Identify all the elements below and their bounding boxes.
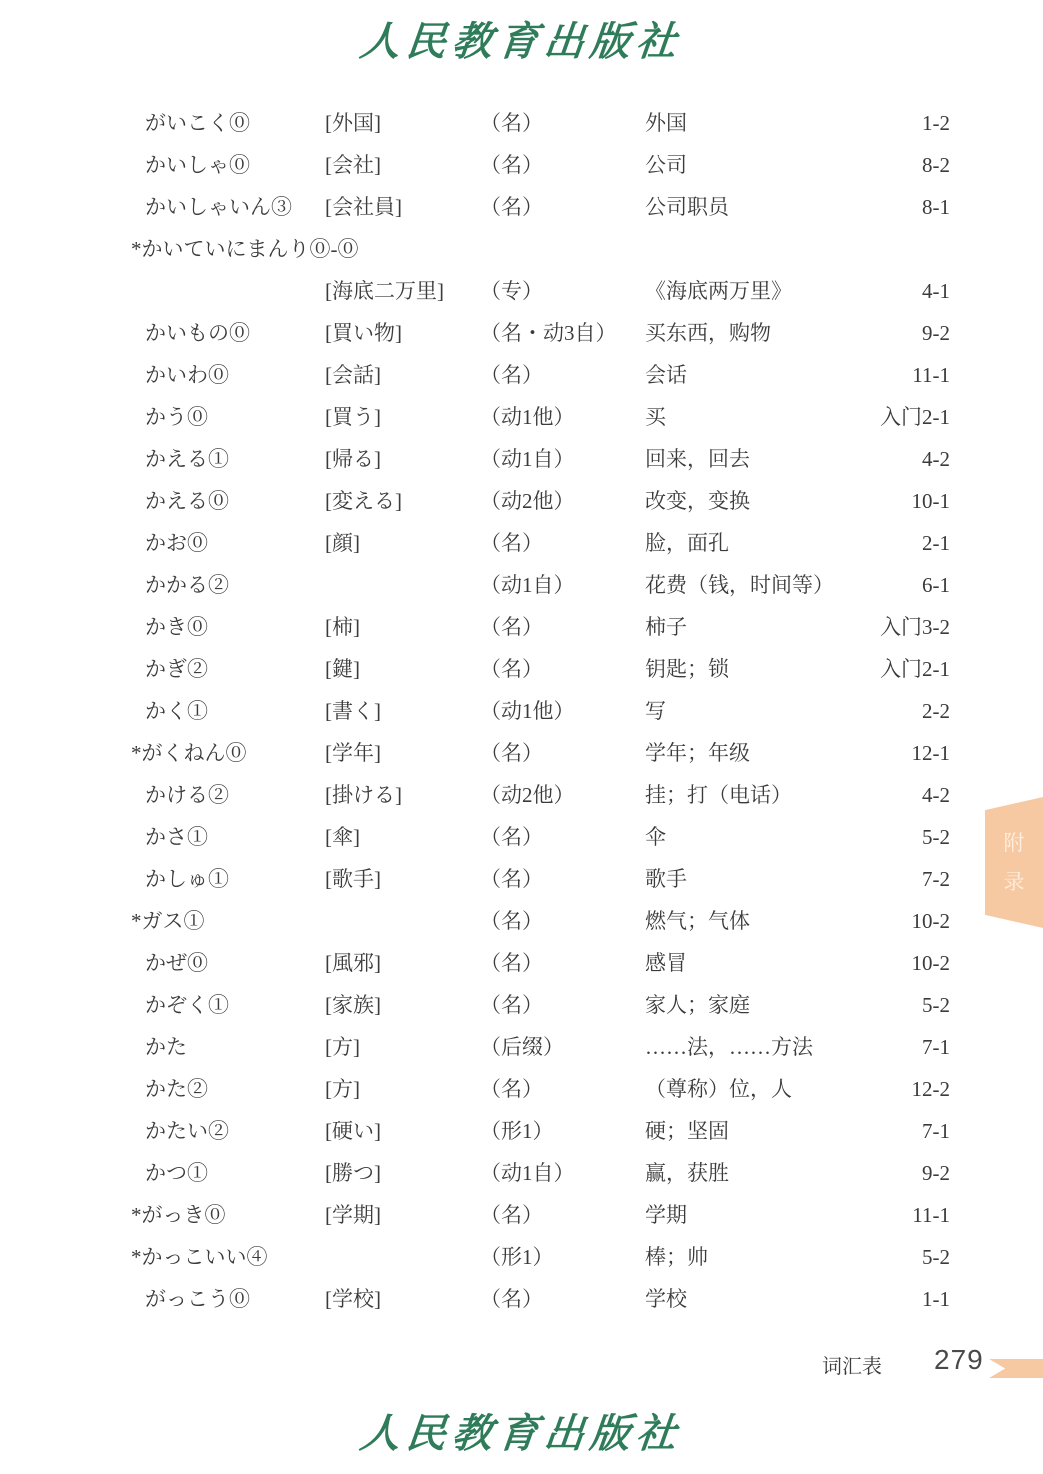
lesson-cell: 5-2 — [840, 1236, 950, 1278]
kana-cell: *ガス① — [130, 900, 325, 942]
appendix-tab-char-2: 录 — [1004, 872, 1025, 893]
kanji-cell: [外国] — [325, 102, 480, 144]
table-row: かたい② [硬い] （形1） 硬；坚固 7-1 — [130, 1110, 950, 1152]
kana-cell: かいわ⓪ — [130, 354, 325, 396]
page-number: 279 — [934, 1344, 984, 1376]
meaning-cell: 伞 — [645, 816, 840, 858]
kana-cell: がいこく⓪ — [130, 102, 325, 144]
kanji-cell: [柿] — [325, 606, 480, 648]
pos-cell: （名） — [480, 900, 645, 942]
meaning-cell: 改变，变换 — [645, 480, 840, 522]
appendix-side-tab: 附 录 — [985, 797, 1043, 928]
pos-cell: （动1自） — [480, 564, 645, 606]
lesson-cell: 10-1 — [840, 480, 950, 522]
table-row: かえる① [帰る] （动1自） 回来，回去 4-2 — [130, 438, 950, 480]
pos-cell: （名） — [480, 984, 645, 1026]
table-row: *ガス① （名） 燃气；气体 10-2 — [130, 900, 950, 942]
meaning-cell — [645, 228, 840, 270]
kanji-cell: [学期] — [325, 1194, 480, 1236]
pos-cell: （名） — [480, 1194, 645, 1236]
table-row: かさ① [傘] （名） 伞 5-2 — [130, 816, 950, 858]
kana-cell: *かいていにまんり⓪-⓪ — [130, 228, 325, 270]
pos-cell: （名） — [480, 186, 645, 228]
lesson-cell: 5-2 — [840, 984, 950, 1026]
lesson-cell: 2-1 — [840, 522, 950, 564]
table-row: かかる② （动1自） 花费（钱，时间等） 6-1 — [130, 564, 950, 606]
lesson-cell: 7-1 — [840, 1110, 950, 1152]
lesson-cell: 11-1 — [840, 354, 950, 396]
pos-cell: （名） — [480, 816, 645, 858]
meaning-cell: 公司职员 — [645, 186, 840, 228]
kanji-cell: [顔] — [325, 522, 480, 564]
kana-cell: かつ① — [130, 1152, 325, 1194]
meaning-cell: 外国 — [645, 102, 840, 144]
kana-cell: かいしゃ⓪ — [130, 144, 325, 186]
table-row: かつ① [勝つ] （动1自） 赢，获胜 9-2 — [130, 1152, 950, 1194]
kanji-cell: [歌手] — [325, 858, 480, 900]
kanji-cell — [325, 900, 480, 942]
kana-cell: かしゅ① — [130, 858, 325, 900]
lesson-cell: 9-2 — [840, 312, 950, 354]
lesson-cell: 入门2-1 — [840, 396, 950, 438]
pos-cell: （形1） — [480, 1110, 645, 1152]
kanji-cell: [変える] — [325, 480, 480, 522]
kana-cell: *かっこいい④ — [130, 1236, 325, 1278]
pos-cell: （动1他） — [480, 690, 645, 732]
kana-cell: かける② — [130, 774, 325, 816]
kana-cell: かたい② — [130, 1110, 325, 1152]
table-row: かぜ⓪ [風邪] （名） 感冒 10-2 — [130, 942, 950, 984]
meaning-cell: 花费（钱，时间等） — [645, 564, 840, 606]
kanji-cell: [傘] — [325, 816, 480, 858]
pos-cell: （名） — [480, 858, 645, 900]
kana-cell: かぜ⓪ — [130, 942, 325, 984]
pos-cell: （名） — [480, 522, 645, 564]
footer-section-label: 词汇表 — [822, 1350, 882, 1379]
lesson-cell: 4-2 — [840, 774, 950, 816]
kana-cell: かかる② — [130, 564, 325, 606]
meaning-cell: 家人；家庭 — [645, 984, 840, 1026]
lesson-cell: 8-1 — [840, 186, 950, 228]
lesson-cell: 入门2-1 — [840, 648, 950, 690]
kanji-cell: [方] — [325, 1026, 480, 1068]
kanji-cell: [方] — [325, 1068, 480, 1110]
lesson-cell: 4-2 — [840, 438, 950, 480]
meaning-cell: 《海底两万里》 — [645, 270, 840, 312]
table-row: *かっこいい④ （形1） 棒；帅 5-2 — [130, 1236, 950, 1278]
table-row: かいもの⓪ [買い物] （名・动3自） 买东西，购物 9-2 — [130, 312, 950, 354]
kana-cell: かた — [130, 1026, 325, 1068]
meaning-cell: 脸，面孔 — [645, 522, 840, 564]
meaning-cell: 买 — [645, 396, 840, 438]
publisher-logo-bottom: 人民教育出版社 — [0, 1402, 1043, 1459]
kanji-cell: [硬い] — [325, 1110, 480, 1152]
kana-cell: *がくねん⓪ — [130, 732, 325, 774]
kana-cell: *がっき⓪ — [130, 1194, 325, 1236]
meaning-cell: 钥匙；锁 — [645, 648, 840, 690]
table-row: かいわ⓪ [会話] （名） 会话 11-1 — [130, 354, 950, 396]
pos-cell: （名） — [480, 1278, 645, 1320]
lesson-cell: 12-1 — [840, 732, 950, 774]
meaning-cell: 会话 — [645, 354, 840, 396]
kanji-cell: [学年] — [325, 732, 480, 774]
pos-cell: （名） — [480, 606, 645, 648]
kana-cell: かいしゃいん③ — [130, 186, 325, 228]
pos-cell: （名） — [480, 354, 645, 396]
kana-cell: かいもの⓪ — [130, 312, 325, 354]
lesson-cell: 10-2 — [840, 900, 950, 942]
appendix-tab-char-1: 附 — [1004, 833, 1025, 854]
meaning-cell: 学期 — [645, 1194, 840, 1236]
lesson-cell: 入门3-2 — [840, 606, 950, 648]
kana-cell: かお⓪ — [130, 522, 325, 564]
table-row: かいしゃ⓪ [会社] （名） 公司 8-2 — [130, 144, 950, 186]
table-row: [海底二万里] （专） 《海底两万里》 4-1 — [130, 270, 950, 312]
pos-cell — [480, 228, 645, 270]
pos-cell: （专） — [480, 270, 645, 312]
meaning-cell: 歌手 — [645, 858, 840, 900]
lesson-cell: 4-1 — [840, 270, 950, 312]
lesson-cell: 2-2 — [840, 690, 950, 732]
kanji-cell: [帰る] — [325, 438, 480, 480]
meaning-cell: 公司 — [645, 144, 840, 186]
kana-cell: かく① — [130, 690, 325, 732]
lesson-cell: 11-1 — [840, 1194, 950, 1236]
kanji-cell: [鍵] — [325, 648, 480, 690]
lesson-cell: 5-2 — [840, 816, 950, 858]
kanji-cell: [会社] — [325, 144, 480, 186]
kanji-cell: [風邪] — [325, 942, 480, 984]
kanji-cell: [書く] — [325, 690, 480, 732]
pos-cell: （动2他） — [480, 774, 645, 816]
kana-cell — [130, 270, 325, 312]
meaning-cell: 硬；坚固 — [645, 1110, 840, 1152]
kanji-cell: [掛ける] — [325, 774, 480, 816]
kana-cell: がっこう⓪ — [130, 1278, 325, 1320]
pos-cell: （形1） — [480, 1236, 645, 1278]
meaning-cell: 棒；帅 — [645, 1236, 840, 1278]
table-row: かいしゃいん③ [会社員] （名） 公司职员 8-1 — [130, 186, 950, 228]
meaning-cell: 赢，获胜 — [645, 1152, 840, 1194]
vocab-table: がいこく⓪ [外国] （名） 外国 1-2 かいしゃ⓪ [会社] （名） 公司 … — [130, 102, 950, 1320]
meaning-cell: 写 — [645, 690, 840, 732]
kanji-cell: [買う] — [325, 396, 480, 438]
meaning-cell: 买东西，购物 — [645, 312, 840, 354]
table-row: かた② [方] （名） （尊称）位，人 12-2 — [130, 1068, 950, 1110]
kana-cell: かえる⓪ — [130, 480, 325, 522]
table-row: *がっき⓪ [学期] （名） 学期 11-1 — [130, 1194, 950, 1236]
table-row: かしゅ① [歌手] （名） 歌手 7-2 — [130, 858, 950, 900]
pos-cell: （名） — [480, 1068, 645, 1110]
meaning-cell: 回来，回去 — [645, 438, 840, 480]
table-row: かう⓪ [買う] （动1他） 买 入门2-1 — [130, 396, 950, 438]
table-row: かく① [書く] （动1他） 写 2-2 — [130, 690, 950, 732]
meaning-cell: （尊称）位，人 — [645, 1068, 840, 1110]
lesson-cell: 7-2 — [840, 858, 950, 900]
pos-cell: （动1自） — [480, 1152, 645, 1194]
table-row: がいこく⓪ [外国] （名） 外国 1-2 — [130, 102, 950, 144]
kana-cell: かぎ② — [130, 648, 325, 690]
meaning-cell: 挂；打（电话） — [645, 774, 840, 816]
kana-cell: かき⓪ — [130, 606, 325, 648]
lesson-cell: 8-2 — [840, 144, 950, 186]
lesson-cell: 10-2 — [840, 942, 950, 984]
lesson-cell: 6-1 — [840, 564, 950, 606]
kanji-cell: [海底二万里] — [325, 270, 480, 312]
meaning-cell: 学年；年级 — [645, 732, 840, 774]
kanji-cell — [325, 228, 480, 270]
table-row: がっこう⓪ [学校] （名） 学校 1-1 — [130, 1278, 950, 1320]
table-row: かえる⓪ [変える] （动2他） 改变，变换 10-1 — [130, 480, 950, 522]
kanji-cell — [325, 564, 480, 606]
kanji-cell: [家族] — [325, 984, 480, 1026]
kana-cell: かぞく① — [130, 984, 325, 1026]
table-row: かける② [掛ける] （动2他） 挂；打（电话） 4-2 — [130, 774, 950, 816]
kanji-cell: [会話] — [325, 354, 480, 396]
lesson-cell: 12-2 — [840, 1068, 950, 1110]
lesson-cell: 7-1 — [840, 1026, 950, 1068]
lesson-cell: 1-1 — [840, 1278, 950, 1320]
kanji-cell — [325, 1236, 480, 1278]
meaning-cell: 燃气；气体 — [645, 900, 840, 942]
kanji-cell: [勝つ] — [325, 1152, 480, 1194]
table-row: かぞく① [家族] （名） 家人；家庭 5-2 — [130, 984, 950, 1026]
publisher-logo-top: 人民教育出版社 — [0, 10, 1043, 67]
pos-cell: （名・动3自） — [480, 312, 645, 354]
pos-cell: （名） — [480, 732, 645, 774]
meaning-cell: 学校 — [645, 1278, 840, 1320]
kana-cell: かえる① — [130, 438, 325, 480]
kana-cell: かう⓪ — [130, 396, 325, 438]
pos-cell: （名） — [480, 648, 645, 690]
kanji-cell: [買い物] — [325, 312, 480, 354]
pos-cell: （名） — [480, 102, 645, 144]
pos-cell: （后缀） — [480, 1026, 645, 1068]
meaning-cell: 感冒 — [645, 942, 840, 984]
lesson-cell: 9-2 — [840, 1152, 950, 1194]
table-row: *かいていにまんり⓪-⓪ — [130, 228, 950, 270]
table-row: かき⓪ [柿] （名） 柿子 入门3-2 — [130, 606, 950, 648]
kana-cell: かた② — [130, 1068, 325, 1110]
table-row: かた [方] （后缀） ……法，……方法 7-1 — [130, 1026, 950, 1068]
pos-cell: （动2他） — [480, 480, 645, 522]
footer-ribbon-arrow — [989, 1359, 1043, 1378]
table-row: *がくねん⓪ [学年] （名） 学年；年级 12-1 — [130, 732, 950, 774]
pos-cell: （名） — [480, 942, 645, 984]
kana-cell: かさ① — [130, 816, 325, 858]
meaning-cell: ……法，……方法 — [645, 1026, 840, 1068]
pos-cell: （动1自） — [480, 438, 645, 480]
lesson-cell: 1-2 — [840, 102, 950, 144]
kanji-cell: [会社員] — [325, 186, 480, 228]
meaning-cell: 柿子 — [645, 606, 840, 648]
kanji-cell: [学校] — [325, 1278, 480, 1320]
pos-cell: （名） — [480, 144, 645, 186]
pos-cell: （动1他） — [480, 396, 645, 438]
table-row: かぎ② [鍵] （名） 钥匙；锁 入门2-1 — [130, 648, 950, 690]
lesson-cell — [840, 228, 950, 270]
table-row: かお⓪ [顔] （名） 脸，面孔 2-1 — [130, 522, 950, 564]
